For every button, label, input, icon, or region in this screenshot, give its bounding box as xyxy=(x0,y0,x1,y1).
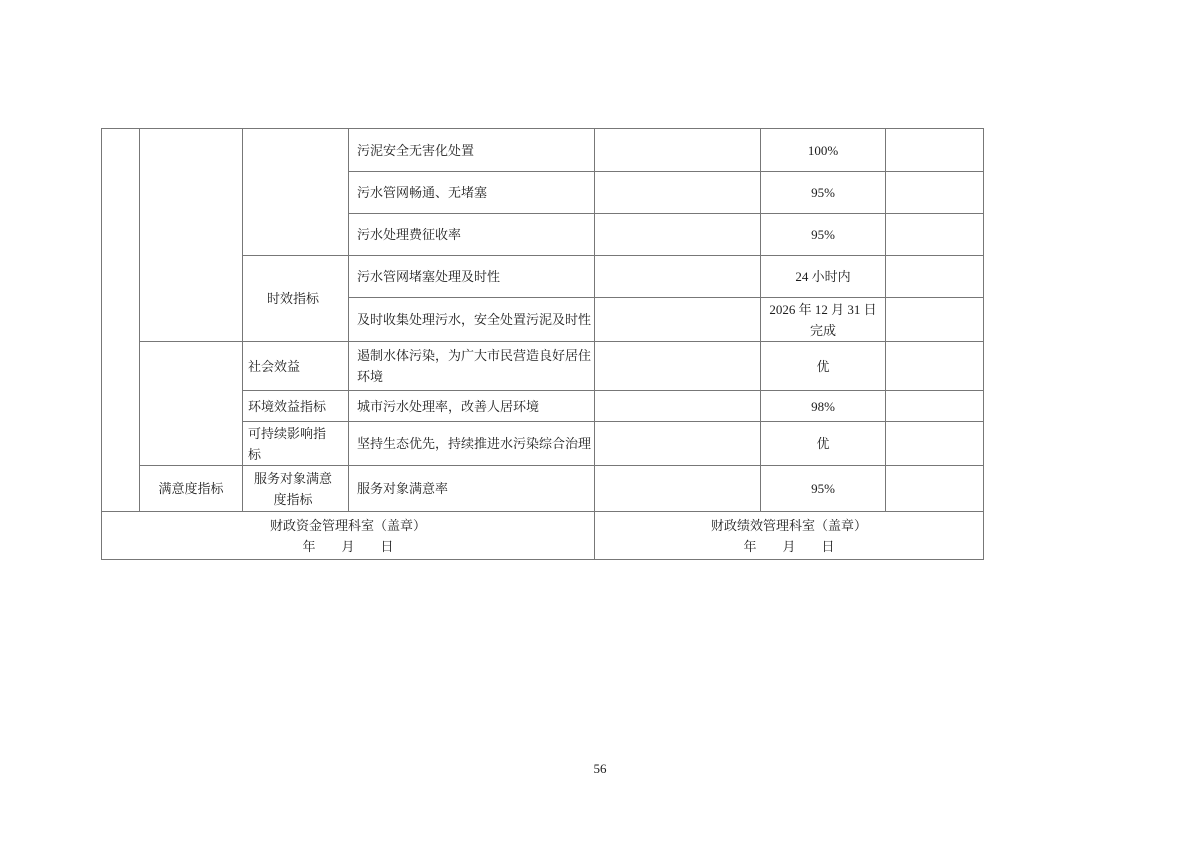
empty-cell xyxy=(595,391,761,422)
signature-office-title: 财政绩效管理科室（盖章） xyxy=(595,515,983,536)
empty-cell xyxy=(886,129,984,172)
signature-cell-performance-office: 财政绩效管理科室（盖章） 年 月 日 xyxy=(595,512,984,560)
empty-cell xyxy=(595,422,761,466)
indicator-name-cell: 城市污水处理率，改善人居环境 xyxy=(349,391,595,422)
indicator-category-cell-empty xyxy=(243,129,349,256)
empty-cell xyxy=(595,256,761,298)
indicator-name-cell: 服务对象满意率 xyxy=(349,466,595,512)
table-footer-row: 财政资金管理科室（盖章） 年 月 日 财政绩效管理科室（盖章） 年 月 日 xyxy=(102,512,984,560)
document-page: 污泥安全无害化处置 100% 污水管网畅通、无堵塞 95% 污水处理费征收率 9… xyxy=(0,0,1200,848)
target-value-cell: 100% xyxy=(761,129,886,172)
empty-cell xyxy=(886,391,984,422)
indicator-group-cell-empty xyxy=(140,129,243,342)
indicator-category-cell: 时效指标 xyxy=(243,256,349,342)
indicator-name-cell: 遏制水体污染，为广大市民营造良好居住环境 xyxy=(349,342,595,391)
indicator-name-cell: 及时收集处理污水，安全处置污泥及时性 xyxy=(349,298,595,342)
empty-cell xyxy=(886,172,984,214)
empty-cell xyxy=(595,342,761,391)
empty-cell xyxy=(595,129,761,172)
empty-cell xyxy=(886,298,984,342)
indicator-category-cell: 环境效益指标 xyxy=(243,391,349,422)
performance-indicator-table: 污泥安全无害化处置 100% 污水管网畅通、无堵塞 95% 污水处理费征收率 9… xyxy=(101,128,984,560)
indicator-group-cell: 满意度指标 xyxy=(140,466,243,512)
target-value-line: 完成 xyxy=(763,320,883,341)
target-value-cell: 优 xyxy=(761,342,886,391)
empty-cell xyxy=(886,256,984,298)
page-number: 56 xyxy=(0,761,1200,777)
empty-cell xyxy=(886,214,984,256)
indicator-name-cell: 污水管网堵塞处理及时性 xyxy=(349,256,595,298)
target-value-cell: 98% xyxy=(761,391,886,422)
empty-cell xyxy=(595,466,761,512)
empty-cell xyxy=(886,342,984,391)
empty-cell xyxy=(595,172,761,214)
empty-cell xyxy=(886,466,984,512)
target-value-cell: 95% xyxy=(761,214,886,256)
indicator-name-cell: 污水管网畅通、无堵塞 xyxy=(349,172,595,214)
indicator-category-cell: 可持续影响指标 xyxy=(243,422,349,466)
target-value-cell: 优 xyxy=(761,422,886,466)
indicator-category-cell: 社会效益 xyxy=(243,342,349,391)
table-row: 社会效益 遏制水体污染，为广大市民营造良好居住环境 优 xyxy=(102,342,984,391)
left-spacer-cell xyxy=(102,129,140,512)
target-value-line: 2026 年 12 月 31 日 xyxy=(763,299,883,320)
signature-office-title: 财政资金管理科室（盖章） xyxy=(102,515,594,536)
signature-date-line: 年 月 日 xyxy=(102,536,594,557)
target-value-cell: 24 小时内 xyxy=(761,256,886,298)
indicator-name-cell: 污泥安全无害化处置 xyxy=(349,129,595,172)
indicator-name-cell: 污水处理费征收率 xyxy=(349,214,595,256)
signature-cell-funds-office: 财政资金管理科室（盖章） 年 月 日 xyxy=(102,512,595,560)
empty-cell xyxy=(595,298,761,342)
indicator-category-cell: 服务对象满意度指标 xyxy=(243,466,349,512)
table-row: 污泥安全无害化处置 100% xyxy=(102,129,984,172)
target-value-cell: 95% xyxy=(761,466,886,512)
signature-date-line: 年 月 日 xyxy=(595,536,983,557)
indicator-group-cell-empty xyxy=(140,342,243,466)
indicator-name-cell: 坚持生态优先，持续推进水污染综合治理 xyxy=(349,422,595,466)
target-value-cell: 95% xyxy=(761,172,886,214)
target-value-cell: 2026 年 12 月 31 日 完成 xyxy=(761,298,886,342)
table-row: 满意度指标 服务对象满意度指标 服务对象满意率 95% xyxy=(102,466,984,512)
empty-cell xyxy=(886,422,984,466)
empty-cell xyxy=(595,214,761,256)
